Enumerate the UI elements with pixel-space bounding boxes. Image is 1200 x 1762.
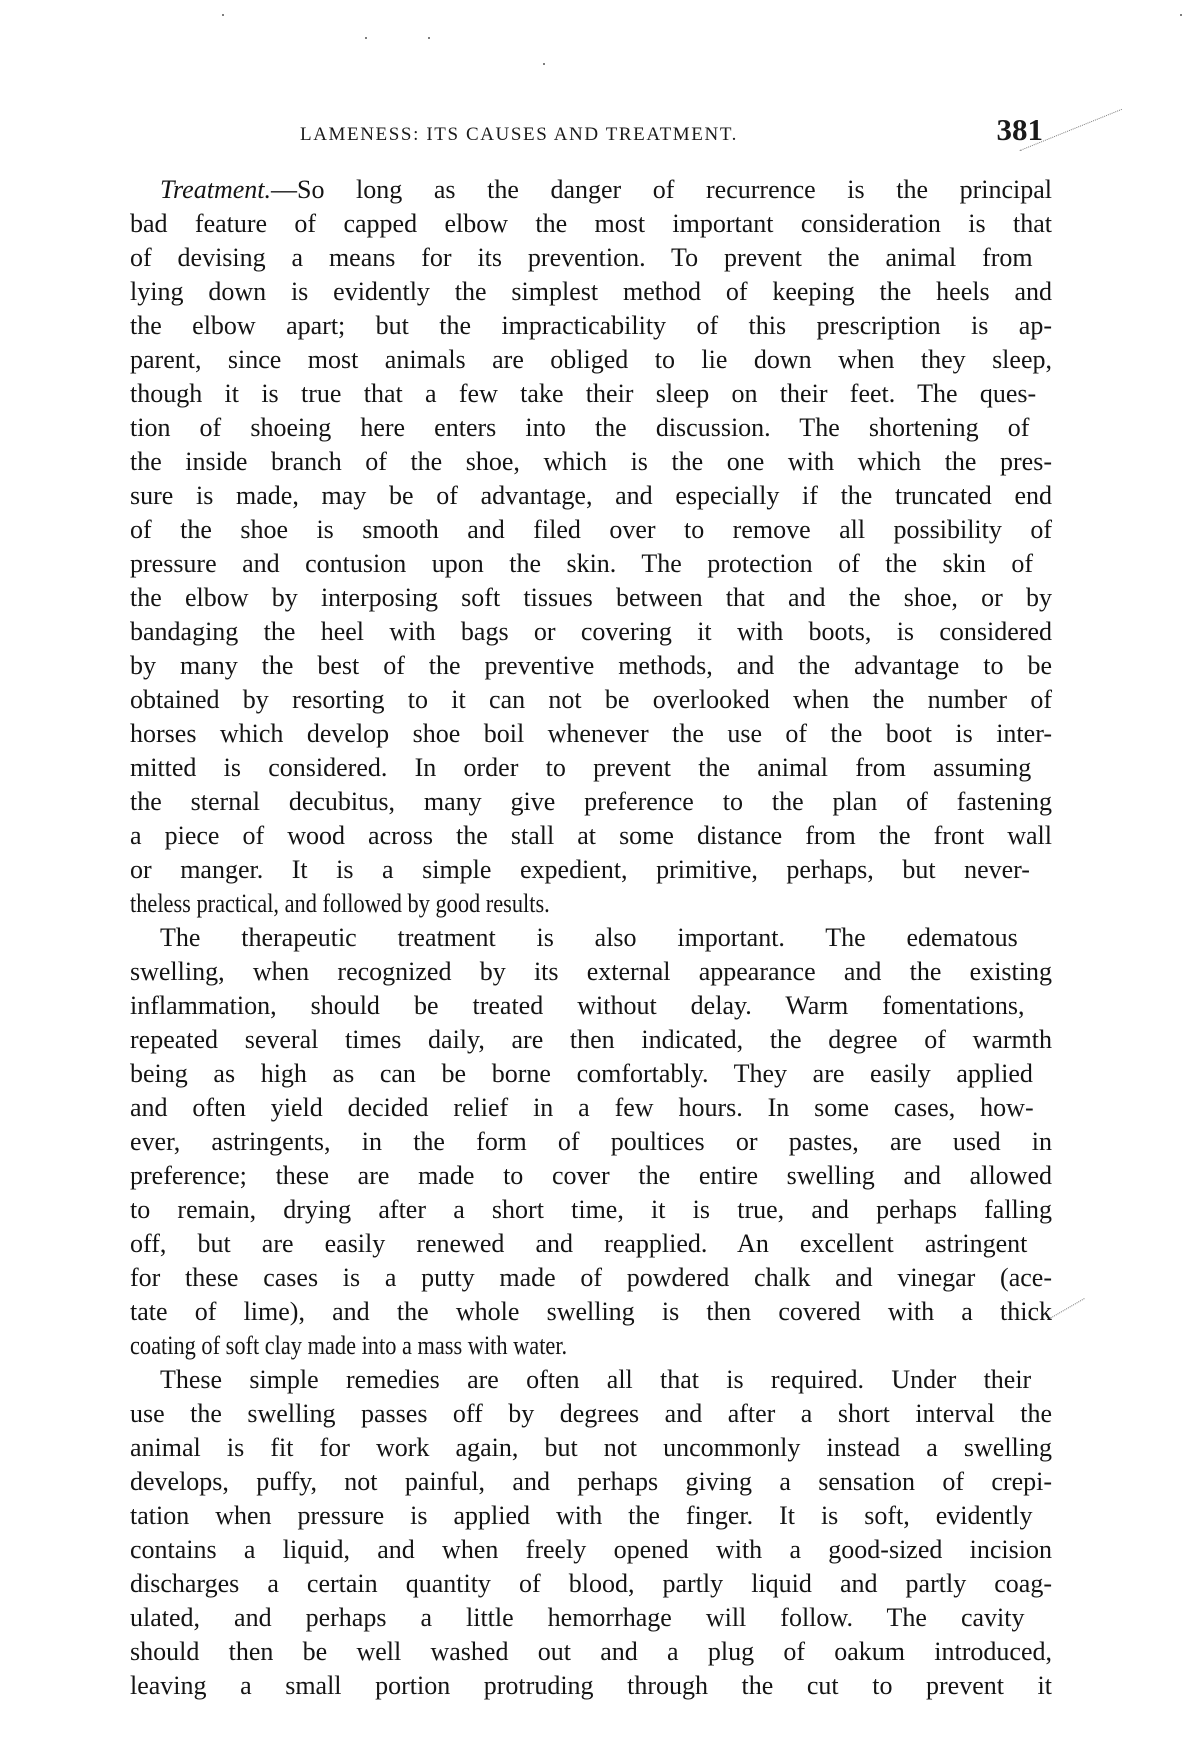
text-line: ever, astringents, in the form of poulti…	[130, 1125, 1052, 1159]
line-fit: discharges a certain quantity of blood, …	[130, 1567, 1052, 1601]
text-line: of devising a means for its prevention. …	[130, 241, 1052, 275]
text-line: the sternal decubitus, many give prefere…	[130, 785, 1052, 819]
text-line: the inside branch of the shoe, which is …	[130, 445, 1052, 479]
text-line: swelling, when recognized by its externa…	[130, 955, 1052, 989]
paragraph-treatment: Treatment.—So long as the danger of recu…	[130, 173, 1052, 921]
line-fit: the elbow apart; but the impracticabilit…	[130, 309, 1052, 343]
line-fit: preference; these are made to cover the …	[130, 1159, 1052, 1193]
text-line-content: —So long as the danger of recurrence is …	[271, 175, 1052, 204]
line-fit: leaving a small portion protruding throu…	[130, 1669, 1052, 1703]
text-line: preference; these are made to cover the …	[130, 1159, 1052, 1193]
text-line: discharges a certain quantity of blood, …	[130, 1567, 1052, 1601]
text-line: repeated several times daily, are then i…	[130, 1023, 1052, 1057]
line-fit: bad feature of capped elbow the most imp…	[130, 207, 1052, 241]
text-line: The therapeutic treatment is also import…	[130, 921, 1052, 955]
text-line: a piece of wood across the stall at some…	[130, 819, 1052, 853]
text-line: inflammation, should be treated without …	[130, 989, 1052, 1023]
scan-speck	[365, 37, 367, 39]
text-line: leaving a small portion protruding throu…	[130, 1669, 1052, 1703]
text-line: of the shoe is smooth and filed over to …	[130, 513, 1052, 547]
text-line: horses which develop shoe boil whenever …	[130, 717, 1052, 751]
paragraph-remedies: These simple remedies are often all that…	[130, 1363, 1052, 1703]
text-line: tion of shoeing here enters into the dis…	[130, 411, 1052, 445]
line-fit: or manger. It is a simple expedient, pri…	[130, 853, 1030, 887]
line-fit: animal is fit for work again, but not un…	[130, 1431, 1052, 1465]
line-fit: by many the best of the preventive metho…	[130, 649, 1052, 683]
line-fit: pressure and contusion upon the skin. Th…	[130, 547, 1033, 581]
body-text: Treatment.—So long as the danger of recu…	[130, 173, 1052, 1703]
scan-speck	[428, 37, 430, 39]
line-fit: develops, puffy, not painful, and perhap…	[130, 1465, 1052, 1499]
text-line: bandaging the heel with bags or covering…	[130, 615, 1052, 649]
line-fit: the elbow by interposing soft tissues be…	[130, 581, 1052, 615]
text-line: ulated, and perhaps a little hemorrhage …	[130, 1601, 1052, 1635]
text-line: to remain, drying after a short time, it…	[130, 1193, 1052, 1227]
line-fit: for these cases is a putty made of powde…	[130, 1261, 1052, 1295]
line-fit: tion of shoeing here enters into the dis…	[130, 411, 1029, 445]
text-line: for these cases is a putty made of powde…	[130, 1261, 1052, 1295]
text-line: contains a liquid, and when freely opene…	[130, 1533, 1052, 1567]
line-fit: and often yield decided relief in a few …	[130, 1091, 1034, 1125]
text-line: theless practical, and followed by good …	[130, 887, 1052, 921]
line-fit: the inside branch of the shoe, which is …	[130, 445, 1052, 479]
line-fit: repeated several times daily, are then i…	[130, 1023, 1052, 1057]
text-line: These simple remedies are often all that…	[130, 1363, 1052, 1397]
text-line: obtained by resorting to it can not be o…	[130, 683, 1052, 717]
text-line: though it is true that a few take their …	[130, 377, 1052, 411]
line-fit: ever, astringents, in the form of poulti…	[130, 1125, 1052, 1159]
line-fit: of devising a means for its prevention. …	[130, 241, 1033, 275]
text-line: being as high as can be borne comfortabl…	[130, 1057, 1052, 1091]
text-line: should then be well washed out and a plu…	[130, 1635, 1052, 1669]
scan-speck	[543, 63, 545, 65]
line-fit: contains a liquid, and when freely opene…	[130, 1533, 1052, 1567]
text-line: the elbow by interposing soft tissues be…	[130, 581, 1052, 615]
scan-speck	[1180, 14, 1182, 16]
line-fit: theless practical, and followed by good …	[130, 887, 550, 921]
text-line: by many the best of the preventive metho…	[130, 649, 1052, 683]
line-fit: horses which develop shoe boil whenever …	[130, 717, 1052, 751]
line-fit: though it is true that a few take their …	[130, 377, 1036, 411]
line-fit: Treatment.—So long as the danger of recu…	[160, 173, 1052, 207]
line-fit: The therapeutic treatment is also import…	[160, 921, 1018, 955]
running-head: LAMENESS: ITS CAUSES AND TREATMENT.	[300, 124, 870, 146]
text-line: parent, since most animals are obliged t…	[130, 343, 1052, 377]
line-fit: mitted is considered. In order to preven…	[130, 751, 1031, 785]
text-line: tation when pressure is applied with the…	[130, 1499, 1052, 1533]
text-line: the elbow apart; but the impracticabilit…	[130, 309, 1052, 343]
line-fit: the sternal decubitus, many give prefere…	[130, 785, 1052, 819]
text-line: and often yield decided relief in a few …	[130, 1091, 1052, 1125]
paragraph-therapeutic: The therapeutic treatment is also import…	[130, 921, 1052, 1363]
text-line: bad feature of capped elbow the most imp…	[130, 207, 1052, 241]
line-fit: of the shoe is smooth and filed over to …	[130, 513, 1052, 547]
text-line: develops, puffy, not painful, and perhap…	[130, 1465, 1052, 1499]
text-line: pressure and contusion upon the skin. Th…	[130, 547, 1052, 581]
line-fit: being as high as can be borne comfortabl…	[130, 1057, 1033, 1091]
line-fit: to remain, drying after a short time, it…	[130, 1193, 1052, 1227]
text-line: use the swelling passes off by degrees a…	[130, 1397, 1052, 1431]
section-lead-italic: Treatment.	[160, 175, 271, 204]
line-fit: ulated, and perhaps a little hemorrhage …	[130, 1601, 1025, 1635]
page-number: 381	[985, 112, 1043, 148]
line-fit: bandaging the heel with bags or covering…	[130, 615, 1052, 649]
book-page: LAMENESS: ITS CAUSES AND TREATMENT. 381 …	[0, 0, 1200, 1762]
text-line: or manger. It is a simple expedient, pri…	[130, 853, 1052, 887]
text-line: coating of soft clay made into a mass wi…	[130, 1329, 1052, 1363]
line-fit: obtained by resorting to it can not be o…	[130, 683, 1052, 717]
text-line: Treatment.—So long as the danger of recu…	[130, 173, 1052, 207]
scan-speck	[222, 14, 224, 16]
text-line: mitted is considered. In order to preven…	[130, 751, 1052, 785]
line-fit: tate of lime), and the whole swelling is…	[130, 1295, 1052, 1329]
line-fit: These simple remedies are often all that…	[160, 1363, 1031, 1397]
text-line: off, but are easily renewed and reapplie…	[130, 1227, 1052, 1261]
text-line: sure is made, may be of advantage, and e…	[130, 479, 1052, 513]
line-fit: inflammation, should be treated without …	[130, 989, 1024, 1023]
line-fit: off, but are easily renewed and reapplie…	[130, 1227, 1027, 1261]
line-fit: use the swelling passes off by degrees a…	[130, 1397, 1052, 1431]
line-fit: tation when pressure is applied with the…	[130, 1499, 1033, 1533]
line-fit: a piece of wood across the stall at some…	[130, 819, 1052, 853]
text-line: lying down is evidently the simplest met…	[130, 275, 1052, 309]
line-fit: lying down is evidently the simplest met…	[130, 275, 1052, 309]
line-fit: coating of soft clay made into a mass wi…	[130, 1329, 567, 1363]
line-fit: should then be well washed out and a plu…	[130, 1635, 1052, 1669]
line-fit: parent, since most animals are obliged t…	[130, 343, 1052, 377]
text-line: animal is fit for work again, but not un…	[130, 1431, 1052, 1465]
text-line: tate of lime), and the whole swelling is…	[130, 1295, 1052, 1329]
line-fit: sure is made, may be of advantage, and e…	[130, 479, 1052, 513]
line-fit: swelling, when recognized by its externa…	[130, 955, 1052, 989]
scan-scratch	[1050, 1298, 1086, 1320]
